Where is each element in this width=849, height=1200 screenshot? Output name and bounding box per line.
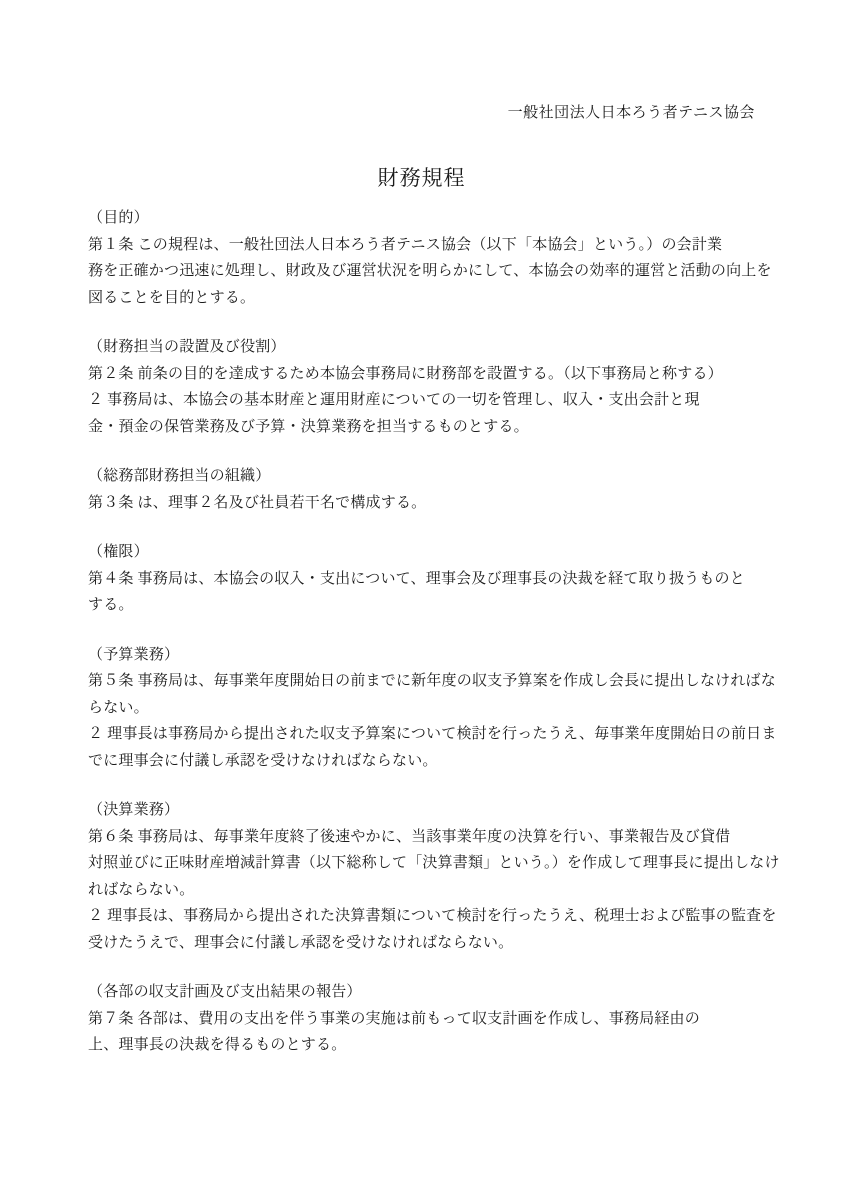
article-organization: （総務部財務担当の組織） 第３条 は、理事２名及び社員若干名で構成する。	[88, 463, 755, 516]
article-line: 第２条 前条の目的を達成するため本協会事務局に財務部を設置する。（以下事務局と称…	[88, 361, 755, 388]
article-line: 受けたうえで、理事会に付議し承認を受けなければならない。	[88, 930, 755, 957]
article-line: 務を正確かつ迅速に処理し、財政及び運営状況を明らかにして、本協会の効率的運営と活…	[88, 258, 755, 285]
article-heading: （総務部財務担当の組織）	[88, 463, 755, 490]
article-heading: （予算業務）	[88, 642, 755, 669]
article-settlement-operations: （決算業務） 第６条 事務局は、毎事業年度終了後速やかに、当該事業年度の決算を行…	[88, 797, 755, 956]
article-finance-role: （財務担当の設置及び役割） 第２条 前条の目的を達成するため本協会事務局に財務部…	[88, 334, 755, 440]
article-line: 金・預金の保管業務及び予算・決算業務を担当するものとする。	[88, 414, 755, 441]
article-line: ２ 事務局は、本協会の基本財産と運用財産についての一切を管理し、収入・支出会計と…	[88, 387, 755, 414]
article-line: らない。	[88, 695, 755, 722]
article-line: 第６条 事務局は、毎事業年度終了後速やかに、当該事業年度の決算を行い、事業報告及…	[88, 824, 755, 851]
article-line: する。	[88, 592, 755, 619]
document-title: 財務規程	[88, 165, 755, 191]
article-line: 第４条 事務局は、本協会の収入・支出について、理事会及び理事長の決裁を経て取り扱…	[88, 566, 755, 593]
article-heading: （各部の収支計画及び支出結果の報告）	[88, 979, 755, 1006]
article-line: 第５条 事務局は、毎事業年度開始日の前までに新年度の収支予算案を作成し会長に提出…	[88, 668, 755, 695]
article-line: ればならない。	[88, 877, 755, 904]
document-page: 一般社団法人日本ろう者テニス協会 財務規程 （目的） 第１条 この規程は、一般社…	[0, 0, 849, 1200]
article-line: 第１条 この規程は、一般社団法人日本ろう者テニス協会（以下「本協会」という。）の…	[88, 232, 755, 259]
article-line: でに理事会に付議し承認を受けなければならない。	[88, 748, 755, 775]
article-line: 第７条 各部は、費用の支出を伴う事業の実施は前もって収支計画を作成し、事務局経由…	[88, 1006, 755, 1033]
article-line: 第３条 は、理事２名及び社員若干名で構成する。	[88, 490, 755, 517]
article-line: ２ 理事長は、事務局から提出された決算書類について検討を行ったうえ、税理士および…	[88, 903, 755, 930]
article-heading: （権限）	[88, 539, 755, 566]
article-purpose: （目的） 第１条 この規程は、一般社団法人日本ろう者テニス協会（以下「本協会」と…	[88, 205, 755, 311]
article-line: 上、理事長の決裁を得るものとする。	[88, 1032, 755, 1059]
article-department-reports: （各部の収支計画及び支出結果の報告） 第７条 各部は、費用の支出を伴う事業の実施…	[88, 979, 755, 1059]
article-heading: （目的）	[88, 205, 755, 232]
organization-name: 一般社団法人日本ろう者テニス協会	[88, 103, 755, 123]
article-line: 対照並びに正味財産増減計算書（以下総称して「決算書類」という。）を作成して理事長…	[88, 850, 755, 877]
article-authority: （権限） 第４条 事務局は、本協会の収入・支出について、理事会及び理事長の決裁を…	[88, 539, 755, 619]
article-line: 図ることを目的とする。	[88, 285, 755, 312]
article-heading: （決算業務）	[88, 797, 755, 824]
article-line: ２ 理事長は事務局から提出された収支予算案について検討を行ったうえ、毎事業年度開…	[88, 721, 755, 748]
article-heading: （財務担当の設置及び役割）	[88, 334, 755, 361]
article-budget-operations: （予算業務） 第５条 事務局は、毎事業年度開始日の前までに新年度の収支予算案を作…	[88, 642, 755, 775]
